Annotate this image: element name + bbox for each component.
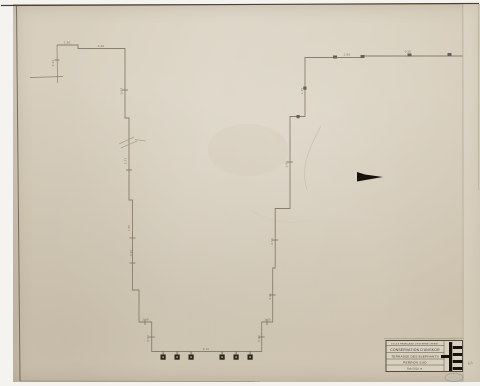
title-block-title: TERRASSE DES ELEPHANTS (391, 354, 439, 358)
title-block-org: CONSERVATION D'ANGKOR (390, 348, 440, 352)
dim-label: 3.95 (285, 161, 289, 168)
dim-label: 2.50 (270, 238, 274, 245)
title-block-scale-note: Ech: 0,01 p. m. (407, 368, 423, 370)
dim-label: 1.30 (64, 41, 71, 45)
title-block: ECOLE FRANCAISE D'EXTREME-ORIENT CONSERV… (384, 338, 474, 381)
post-squares (161, 352, 253, 360)
node-markers (297, 53, 452, 118)
dim-label: 1.06 (142, 317, 149, 321)
dim-label: 4.40 (98, 44, 105, 48)
fold-line (463, 5, 464, 381)
stamp-ellipse (445, 374, 463, 382)
dimension-labels: 1.30 4.40 0.56 0.97 2.77 1.95 0.95 1.06 … (51, 41, 411, 351)
dim-label: 1.35 (300, 88, 304, 95)
dim-label: 0.56 (51, 60, 55, 67)
dim-label: 0.50 (405, 50, 412, 54)
dim-label: 0.97 (120, 88, 124, 95)
dim-label: 1.95 (127, 225, 131, 232)
north-arrow-icon (357, 172, 383, 182)
dim-label: 0.95 (268, 293, 272, 300)
pencil-annotation (119, 137, 146, 148)
dim-label: 0.95 (129, 250, 133, 257)
dim-label: 6.10 (203, 347, 210, 351)
dim-label: 0.90 (257, 335, 261, 342)
dim-label: 1.00 (264, 317, 271, 321)
paper-creases (208, 124, 321, 222)
dim-label: 0.90 (146, 335, 150, 342)
title-block-header: ECOLE FRANCAISE D'EXTREME-ORIENT (391, 342, 439, 345)
dim-label: 2.77 (124, 158, 128, 165)
plan-drawing: 1.30 4.40 0.56 0.97 2.77 1.95 0.95 1.06 … (0, 0, 480, 386)
sheet-edges (1, 4, 480, 383)
scanned-drawing-photo: 1.30 4.40 0.56 0.97 2.77 1.95 0.95 1.06 … (0, 0, 480, 386)
dim-label: 2.90 (344, 52, 351, 56)
plan-outline (57, 45, 463, 352)
datum-cross (30, 45, 63, 83)
title-block-subtitle: PERRON SUD (403, 360, 427, 364)
